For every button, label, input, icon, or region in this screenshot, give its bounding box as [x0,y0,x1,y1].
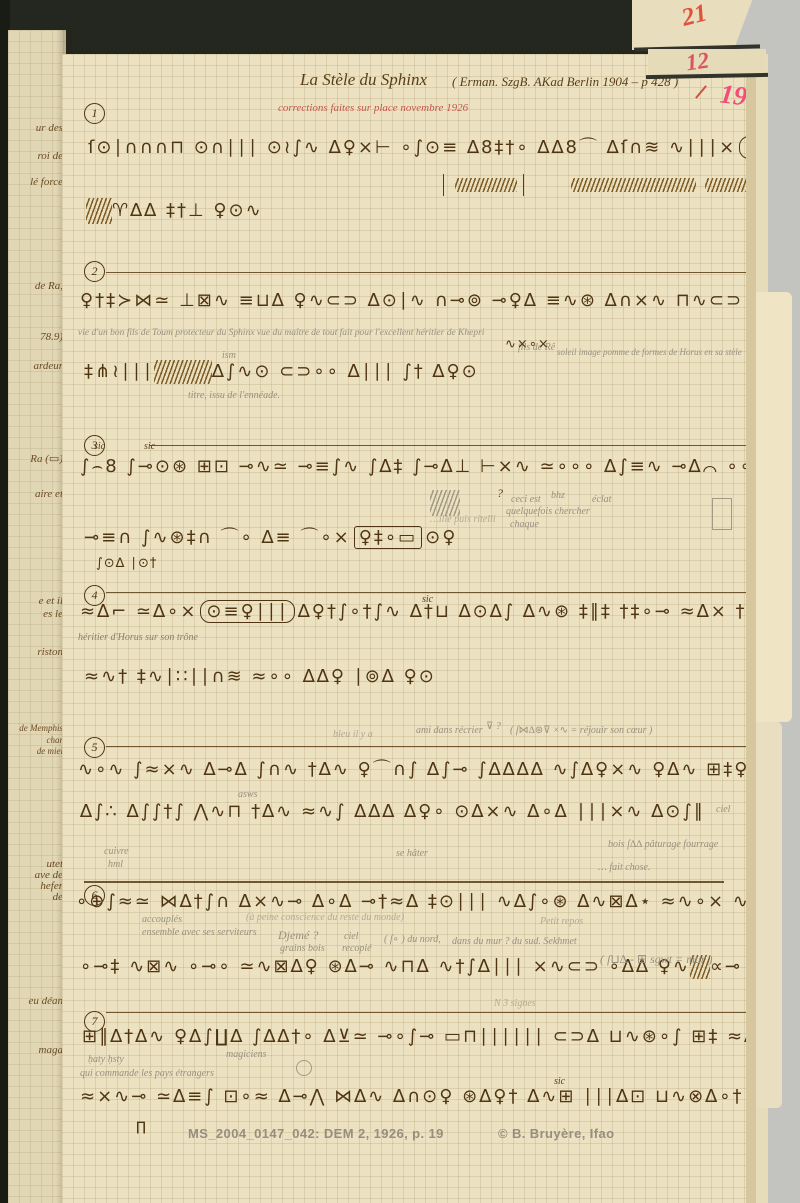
line-rule [106,592,746,593]
pencil-gloss: éclat [592,494,611,505]
pencil-gloss: hml [108,859,123,870]
notebook-page: La Stèle du Sphinx ( Erman. SzgB. AKad B… [62,54,746,1203]
pencil-gloss: ( ſ⊔∆ - ⊞ sgwt = mur ) [600,952,713,967]
binding-top-edge [0,0,706,56]
lacuna-delimiter [443,174,444,196]
hieroglyph-text: ∆♀†∫∘†∫∿ ∆†⊔ ∆⊙∆∫ ∆∿⊛ ‡∥‡ †‡∘⊸ ≈∆× †∫∆ ∣… [298,601,746,622]
correction-note: corrections faites sur place novembre 19… [278,102,468,114]
hieroglyph-row: ⊸≡∩ ∫∿⊛‡∩ ⌒∘ ∆≡ ⌒∘×♀‡∘▭⊙♀ [84,523,457,549]
archive-id-caption: MS_2004_0147_042: DEM 2, 1926, p. 19 [188,1126,444,1141]
hieroglyph-text: ∆∫∴ ∆∫∫†∫ ⋀∿⊓ †∆∿ ≈∿∫ ∆∆∆ ∆♀∘ ⊙∆×∿ ∆∘∆ ∣… [80,801,705,822]
hieroglyph-text: ∫⌢8 ∫⊸⊙⊛ ⊞⊡ ⊸∿≃ ⊸≡∫∿ ∫∆‡ ∫⊸∆⊥ ⊢×∿ ≃∘∘∘ ∆… [80,456,746,477]
page-stack-edge [746,54,756,1203]
pencil-gloss: soleil image pomme de formes de Horus en… [557,347,742,357]
cartouche: ⊔8 ∣∣∣ [739,136,746,159]
middle-page-number: 12 [684,49,710,75]
hatching-lacuna [705,178,746,192]
hieroglyph-row: ≈×∿⊸ ≃∆≡∫ ⊡∘≈ ∆⊸⋀ ⋈∆∿ ∆∩⊙♀ ⊛∆♀† ∆∿⊞ ∣∣∣∆… [80,1086,746,1107]
pencil-gloss: (à peine conscience du reste du monde) [246,912,404,923]
middle-page-corner: 12 [648,49,766,75]
pencil-gloss: ( ſ∘ ) du nord, [384,934,441,945]
pencil-gloss: cuivre [104,846,129,857]
pencil-gloss: ⊽ ? [486,721,501,732]
pencil-gloss: N 3 signes [494,998,536,1009]
hieroglyph-row: ≈∆⌐ ≃∆∘×⊙≡♀∣∣∣∆♀†∫∘†∫∿ ∆†⊔ ∆⊙∆∫ ∆∿⊛ ‡∥‡ … [80,600,746,623]
pencil-gloss: vie d'un bon fils de Toum protecteur du … [78,328,484,338]
hieroglyph-row: ∫⌢8 ∫⊸⊙⊛ ⊞⊡ ⊸∿≃ ⊸≡∫∿ ∫∆‡ ∫⊸∆⊥ ⊢×∿ ≃∘∘∘ ∆… [80,455,746,479]
page-title: La Stèle du Sphinx [300,70,427,90]
hieroglyph-row: ∆∫∴ ∆∫∫†∫ ⋀∿⊓ †∆∿ ≈∿∫ ∆∆∆ ∆♀∘ ⊙∆×∿ ∆∘∆ ∣… [80,801,705,822]
hieroglyph-row: ∘⊕∫≈≃ ⋈∆†∫∩ ∆×∿⊸ ∆∘∆ ⊸†≈∆ ‡⊙∣∣∣ ∿∆∫∘⊛ ∆∿… [76,891,746,912]
pencil-gloss: magiciens [226,1049,267,1060]
hatching-lacuna [86,198,112,224]
pencil-gloss: se hâter [396,848,428,859]
page-number: 19 [718,78,746,112]
hieroglyph-tail-sign: ∏ [136,1120,147,1135]
previous-page-number: 21 [679,0,710,33]
hieroglyph-text: ⊸≡∩ ∫∿⊛‡∩ ⌒∘ ∆≡ ⌒∘× [84,527,351,548]
pencil-gloss: ciel [716,804,730,815]
pencil-gloss: grains bois [280,943,325,954]
cartouche: ♀‡∘▭ [354,526,422,549]
pencil-hatching [430,490,460,516]
pencil-gloss: qui commande les pays étrangers [80,1068,214,1079]
hatching-lacuna [154,360,212,384]
sic-annotation: sic [94,441,105,452]
hieroglyph-text: ∘⊸‡ ∿⊠∿ ∘⊸∘ ≃∿⊠∆♀ ⊛∆⊸ ∿⊓∆ ∿†∫∆∣∣∣ ×∿⊂⊃ ∘… [80,956,690,977]
pencil-gloss: dans du mur ? du sud. Sekhmet [452,936,577,947]
sic-annotation: sic [144,441,155,452]
pencil-gloss: accouplés [142,914,182,925]
pencil-gloss: ami dans récrier [416,725,483,736]
hieroglyph-row: ♈∆∆ ‡†⊥ ♀⊙∿ [86,198,263,224]
protruding-sheet [756,722,782,1108]
hieroglyph-text: ſ⊙∣∩∩∩⊓ ⊙∩∣∣∣ ⊙≀∫∿ ∆♀×⊢ ∘∫⊙≡ ∆8‡†∘ ∆∆8⌒ … [88,137,736,158]
hieroglyph-note: ∿×∘× [505,337,550,352]
hatching-lacuna [571,178,696,192]
previous-page-corner: 21 [632,0,756,50]
red-pen-stroke [695,85,707,99]
line-rule [106,1012,746,1013]
pencil-gloss: Petit repos [540,916,583,927]
pencil-gloss: ḥaty ḥsty [88,1054,124,1065]
pencil-gloss: ceci est [511,494,541,505]
pencil-gloss: asws [238,789,257,800]
hieroglyph-text: ∿∘∿ ∫≈×∿ ∆⊸∆ ∫∩∿ †∆∿ ♀⌒∩∫ ∆∫⊸ ∫∆∆∆∆ ∿∫∆♀… [78,759,746,780]
hieroglyph-text: ≈∿† ‡∿∣∷∣∣∩≋ ≈∘∘ ∆∆♀ ∣⊚∆ ♀⊙ [84,666,436,687]
line-rule [106,272,746,273]
pencil-gloss: chaque [510,519,539,530]
pencil-gloss: quelquefois chercher [506,506,590,517]
line-rule [84,881,724,883]
pencil-circle-mark [296,1060,312,1076]
protruding-sheet [756,292,792,722]
lacuna-delimiter [523,174,524,196]
hieroglyph-text: ≈×∿⊸ ≃∆≡∫ ⊡∘≈ ∆⊸⋀ ⋈∆∿ ∆∩⊙♀ ⊛∆♀† ∆∿⊞ ∣∣∣∆… [80,1086,746,1107]
hieroglyph-text: ∆∫∿⊙ ⊂⊃∘∘ ∆∣∣∣ ∫† ∆♀⊙ [212,361,479,382]
hieroglyph-text: ∝⊸ [710,956,742,977]
pencil-gloss: recopié [342,943,372,954]
hieroglyph-row: ≈∿† ‡∿∣∷∣∣∩≋ ≈∘∘ ∆∆♀ ∣⊚∆ ♀⊙ [84,666,436,687]
pencil-gloss: ciel [344,931,358,942]
pencil-gloss: ( ſ⋈∆⊛⊽ ×∿ = réjouir son cœur ) [510,725,652,736]
pencil-gloss: titre, issu de l'ennéade. [188,390,280,401]
hieroglyph-text: ♀†‡≻⋈≃ ⊥⊠∿ ≡⊔∆ ♀∿⊂⊃ ∆⊙∣∿ ∩⊸⊚ ⊸♀∆ ≡∿⊛ ∆∩×… [80,290,746,311]
hieroglyph-row: ⊞∥∆†∆∿ ♀∆∫∐∆ ∫∆∆†∘ ∆⊻≃ ⊸∘∫⊸ ▭⊓∣∣∣∣∣∣ ⊂⊃∆… [82,1020,746,1054]
line-number-2: 2 [84,261,105,282]
scanned-notebook-page: ur des roi de lé force de Ra, 78.9) arde… [0,0,800,1203]
copyright-caption: © B. Bruyère, Ifao [498,1126,614,1141]
hieroglyph-row: ſ⊙∣∩∩∩⊓ ⊙∩∣∣∣ ⊙≀∫∿ ∆♀×⊢ ∘∫⊙≡ ∆8‡†∘ ∆∆8⌒ … [88,133,746,160]
question-mark-note: ? [497,486,503,501]
pencil-gloss: … fait chose. [598,862,651,873]
hieroglyph-text: ♈∆∆ ‡†⊥ ♀⊙∿ [112,200,263,221]
pencil-gloss: bois ſ∆∆ pâturage fourrage [608,839,718,850]
hieroglyph-text: ≈∆⌐ ≃∆∘× [80,601,197,622]
pencil-sketch-box [712,498,732,530]
hieroglyph-row: ‡⋔≀∣∣∣∆∫∿⊙ ⊂⊃∘∘ ∆∣∣∣ ∫† ∆♀⊙ [84,360,479,384]
hieroglyph-text: ⊞∥∆†∆∿ ♀∆∫∐∆ ∫∆∆†∘ ∆⊻≃ ⊸∘∫⊸ ▭⊓∣∣∣∣∣∣ ⊂⊃∆… [82,1026,746,1047]
hieroglyph-row: ∫⊙∆ ∣⊙† [96,556,157,571]
line-rule [150,445,746,446]
line-number-1: 1 [84,103,105,124]
hieroglyph-text: ⊙♀ [425,527,457,548]
line-rule [106,746,746,747]
pencil-gloss: bleu il y a [333,729,373,740]
title-reference: ( Erman. SzgB. AKad Berlin 1904 – p 428 … [452,74,678,90]
pencil-gloss: ensemble avec ses serviteurs [142,927,257,938]
hieroglyph-text: ∘⊕∫≈≃ ⋈∆†∫∩ ∆×∿⊸ ∆∘∆ ⊸†≈∆ ‡⊙∣∣∣ ∿∆∫∘⊛ ∆∿… [76,891,746,912]
hieroglyph-text: ‡⋔≀∣∣∣ [84,361,154,382]
hatching-lacuna [455,178,517,192]
hieroglyph-row: ♀†‡≻⋈≃ ⊥⊠∿ ≡⊔∆ ♀∿⊂⊃ ∆⊙∣∿ ∩⊸⊚ ⊸♀∆ ≡∿⊛ ∆∩×… [80,290,746,311]
cartouche: ⊙≡♀∣∣∣ [200,600,294,623]
hieroglyph-row: ∿∘∿ ∫≈×∿ ∆⊸∆ ∫∩∿ †∆∿ ♀⌒∩∫ ∆∫⊸ ∫∆∆∆∆ ∿∫∆♀… [78,755,746,781]
pencil-gloss: bhz [551,490,565,501]
pencil-gloss: héritier d'Horus sur son trône [78,632,198,643]
pencil-gloss: Djemé ? [278,928,318,943]
